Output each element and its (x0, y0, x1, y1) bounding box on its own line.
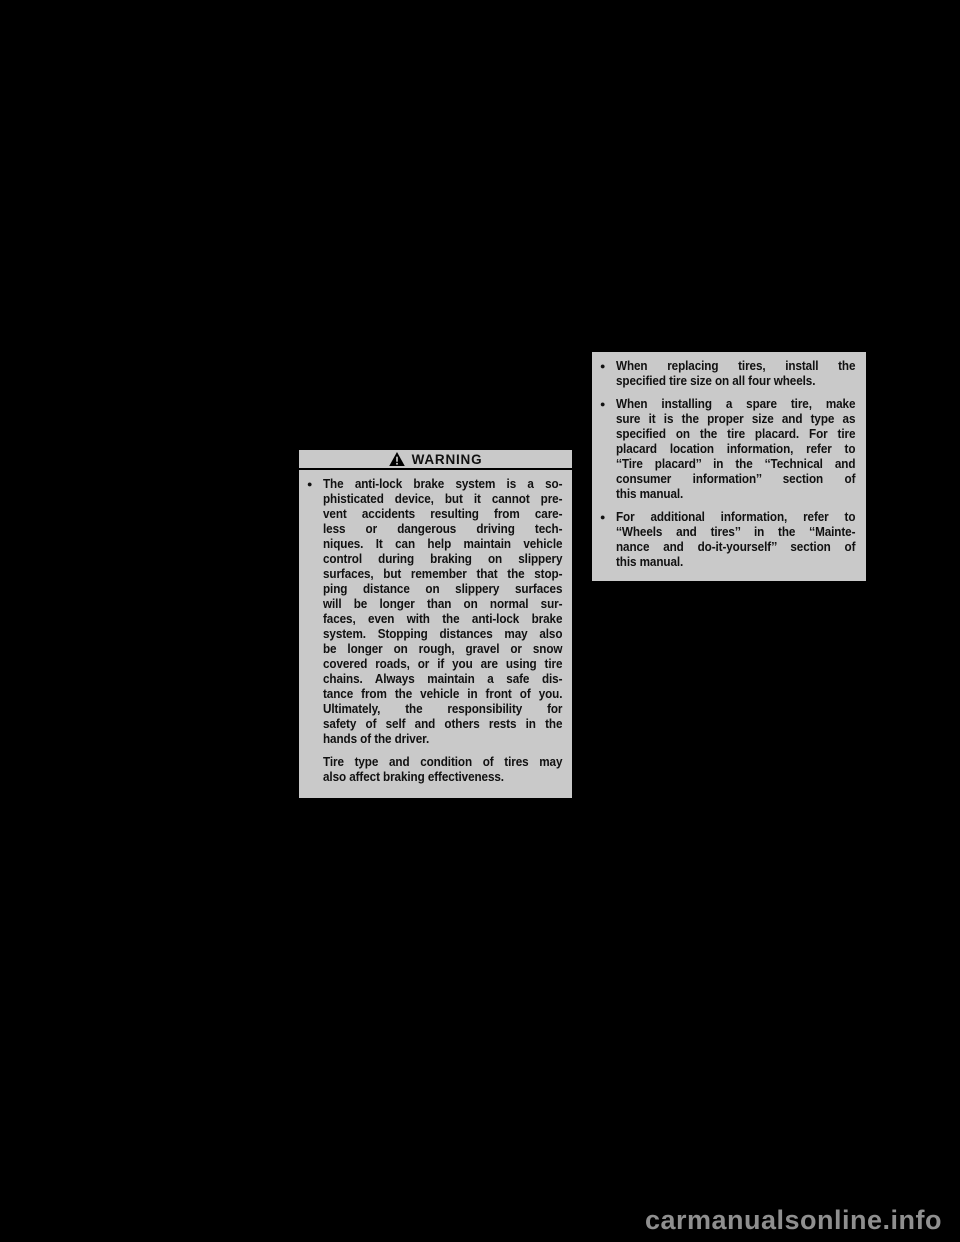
text-line: The anti-lock brake system is a so- (323, 476, 562, 491)
text-line: nance and do-it-yourself’’ section of (616, 539, 855, 554)
warning-title-bar: WARNING (299, 450, 572, 470)
text-line: control during braking on slippery (323, 551, 562, 566)
text-line: placard location information, refer to (616, 441, 855, 456)
text-line: system. Stopping distances may also (323, 626, 562, 641)
paragraph-lines: When replacing tires, install thespecifi… (616, 358, 855, 388)
text-line: chains. Always maintain a safe dis- (323, 671, 562, 686)
text-line: safety of self and others rests in the (323, 716, 562, 731)
paragraph-lines: When installing a spare tire, makesure i… (616, 396, 855, 501)
list-item: ●For additional information, refer to‘‘W… (600, 509, 858, 569)
list-item: ●The anti-lock brake system is a so-phis… (307, 476, 564, 746)
text-line: ‘‘Tire placard’’ in the ‘‘Technical and (616, 456, 855, 471)
text-line: will be longer than on normal sur- (323, 596, 562, 611)
text-line: tance from the vehicle in front of you. (323, 686, 562, 701)
bullet-icon: ● (307, 476, 323, 746)
text-line: When installing a spare tire, make (616, 396, 855, 411)
text-line: For additional information, refer to (616, 509, 855, 524)
text-line: ping distance on slippery surfaces (323, 581, 562, 596)
info-body: ●When replacing tires, install thespecif… (592, 352, 866, 575)
text-line: be longer on rough, gravel or snow (323, 641, 562, 656)
text-line: this manual. (616, 554, 855, 569)
paragraph-lines: The anti-lock brake system is a so-phist… (323, 476, 562, 746)
text-line: sure it is the proper size and type as (616, 411, 855, 426)
list-item: Tire type and condition of tires mayalso… (307, 754, 564, 784)
bullet-icon: ● (600, 396, 616, 501)
text-line: specified tire size on all four wheels. (616, 373, 855, 388)
warning-triangle-icon (389, 452, 405, 466)
text-line: this manual. (616, 486, 855, 501)
text-line: phisticated device, but it cannot pre- (323, 491, 562, 506)
text-line: hands of the driver. (323, 731, 562, 746)
watermark-label: carmanualsonline.info (645, 1205, 942, 1236)
text-line: faces, even with the anti-lock brake (323, 611, 562, 626)
bullet-spacer (307, 754, 323, 784)
text-line: vent accidents resulting from care- (323, 506, 562, 521)
list-item: ●When replacing tires, install thespecif… (600, 358, 858, 388)
manual-page: WARNING ●The anti-lock brake system is a… (0, 0, 960, 1242)
text-line: specified on the tire placard. For tire (616, 426, 855, 441)
text-line: Tire type and condition of tires may (323, 754, 562, 769)
bullet-icon: ● (600, 358, 616, 388)
paragraph-lines: For additional information, refer to‘‘Wh… (616, 509, 855, 569)
text-line: surfaces, but remember that the stop- (323, 566, 562, 581)
info-box: ●When replacing tires, install thespecif… (592, 352, 866, 581)
text-line: niques. It can help maintain vehicle (323, 536, 562, 551)
warning-body: ●The anti-lock brake system is a so-phis… (299, 470, 572, 790)
list-item: ●When installing a spare tire, makesure … (600, 396, 858, 501)
text-line: less or dangerous driving tech- (323, 521, 562, 536)
text-line: consumer information’’ section of (616, 471, 855, 486)
text-line: also affect braking effectiveness. (323, 769, 562, 784)
warning-title-label: WARNING (412, 452, 483, 467)
text-line: ‘‘Wheels and tires’’ in the ‘‘Mainte- (616, 524, 855, 539)
paragraph-lines: Tire type and condition of tires mayalso… (323, 754, 562, 784)
warning-box: WARNING ●The anti-lock brake system is a… (297, 448, 574, 800)
bullet-icon: ● (600, 509, 616, 569)
text-line: covered roads, or if you are using tire (323, 656, 562, 671)
text-line: When replacing tires, install the (616, 358, 855, 373)
text-line: Ultimately, the responsibility for (323, 701, 562, 716)
